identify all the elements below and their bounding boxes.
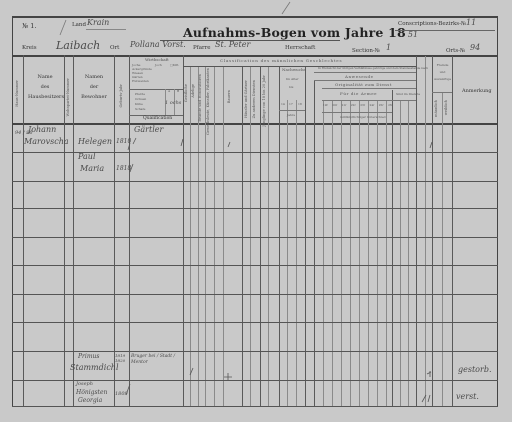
tally-marks	[0, 0, 512, 422]
census-form-sheet: № 1. Land Krain Aufnahms-Bogen vom Jahre…	[0, 0, 512, 422]
